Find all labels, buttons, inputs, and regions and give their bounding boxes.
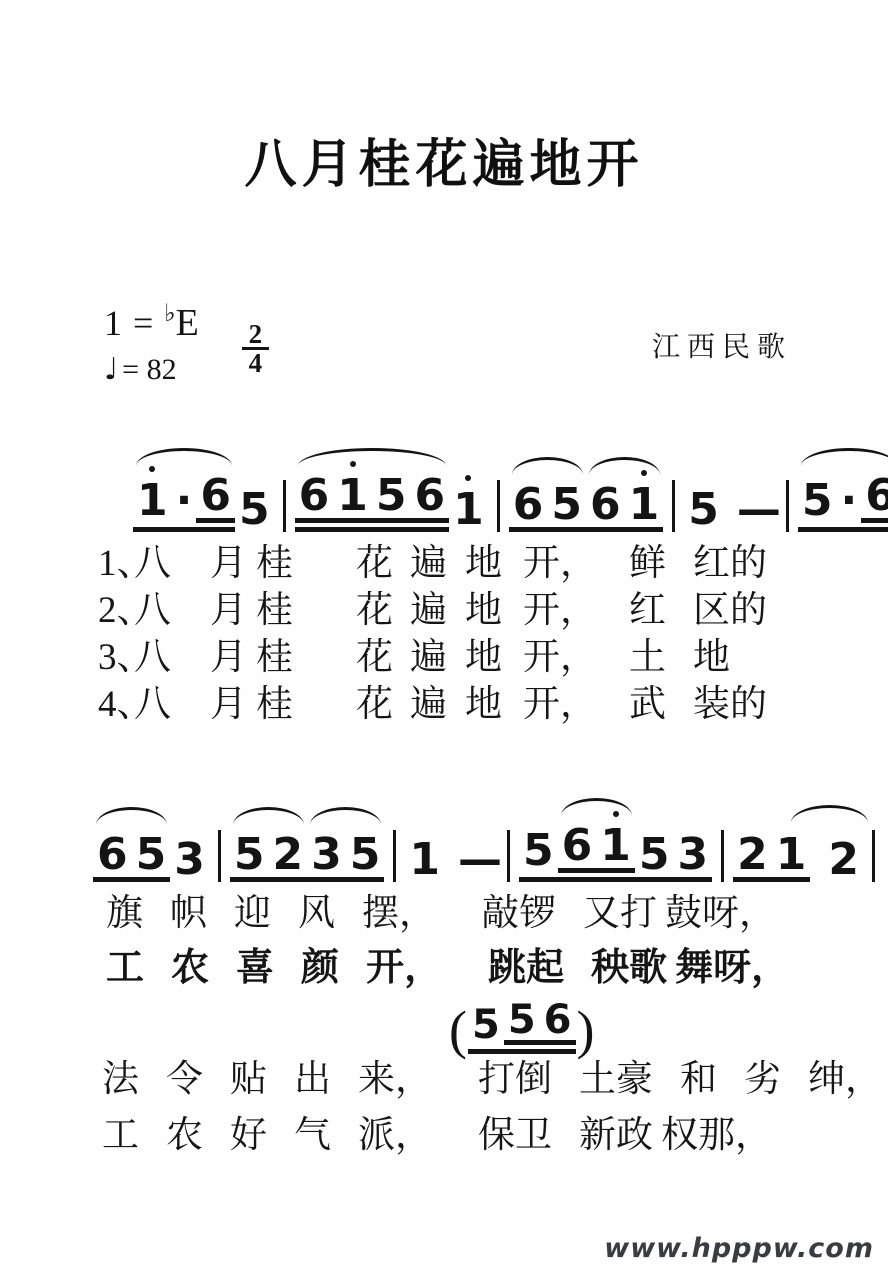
beam-group: 6 5 (509, 483, 586, 532)
slur-icon (310, 807, 381, 825)
verse-word: 八 (134, 683, 210, 730)
verse-word: 遍 (410, 683, 465, 730)
lyric-word: 贴 (230, 1058, 267, 1102)
note: 1 (133, 479, 172, 523)
lyric-word: 派， (358, 1114, 432, 1158)
open-paren: ( (448, 1008, 468, 1054)
close-paren: ) (576, 1008, 596, 1054)
refrain-line-4: 工 农 好 气 派， 保卫 新政 权那， (102, 1114, 772, 1158)
beam-group: 5 · 6 (798, 474, 888, 532)
refrain-line-1: 旗 帜 迎 风 摆， 敲锣 又打 鼓呀， (106, 892, 776, 936)
measure: 5 — (675, 456, 786, 532)
note: 6 (295, 474, 334, 518)
lyric-word: 农 (166, 1114, 203, 1158)
slur-icon (136, 448, 232, 466)
note: 6 (410, 474, 449, 518)
verse-word: 月 (210, 636, 256, 683)
beam-group: 2 1 (733, 833, 810, 882)
verse-word: 桂 (256, 542, 356, 589)
note: 5 (547, 483, 586, 527)
lyric-word: 敲锣 (482, 892, 556, 936)
measure: 5 2 3 5 (221, 801, 394, 882)
slur-icon (791, 805, 868, 823)
lyric-word: 和 (680, 1058, 717, 1102)
note: 5 (230, 833, 269, 877)
slur-icon (233, 807, 304, 825)
slur-icon (801, 448, 888, 466)
lyric-word: 帜 (170, 892, 207, 936)
lyric-word: 法 (102, 1058, 139, 1102)
note: 1 (596, 824, 635, 868)
time-signature: 2 4 (242, 323, 269, 374)
refrain-line-2: 工 农 喜 颜 开， 跳起 秧歌 舞呀， (106, 946, 789, 992)
note: 1 (405, 838, 444, 882)
note: 2 (824, 838, 863, 882)
note: 6 (586, 483, 625, 527)
lyric-word: 新政 (579, 1114, 653, 1158)
note: 5 (346, 833, 385, 877)
beam-subgroup: 5 6 (504, 1000, 576, 1045)
lyric-word: 农 (171, 946, 209, 992)
key-equals: = (133, 303, 155, 343)
verse-word: 地 (465, 542, 523, 589)
verse-word: 花 (356, 683, 410, 730)
note: 6 (196, 474, 235, 518)
verse-word: 遍 (410, 589, 465, 636)
quarter-note-icon: ♩ (104, 352, 118, 387)
note: 2 (733, 833, 772, 877)
lyric-word: 风 (298, 892, 335, 936)
verse-number: 3、 (98, 636, 134, 683)
note: 5 (635, 833, 674, 877)
instrumental-insert-556: ( 5 5 6 ) (448, 1000, 596, 1054)
lyric-word: 颜 (301, 946, 339, 992)
beam-group: 1 · 6 (133, 474, 235, 532)
lyric-word: 土豪 (579, 1058, 653, 1102)
lyric-word: 又打 (583, 892, 657, 936)
lyric-word: 鼓呀， (665, 892, 776, 936)
verse-word: 桂 (256, 589, 356, 636)
refrain-line-3: 法 令 贴 出 来， 打倒 土豪 和 劣 绅， (102, 1058, 882, 1102)
slur-icon (589, 457, 660, 475)
beam-group: 6 1 (586, 483, 663, 532)
measure: 1 · 6 5 (124, 442, 283, 532)
verse-word: 红的 (693, 542, 767, 589)
verse-word: 地 (465, 636, 523, 683)
note: 1 (449, 488, 488, 532)
page-title: 八月桂花遍地开 (0, 122, 888, 197)
note: 5 (798, 479, 837, 523)
lyric-word: 迎 (234, 892, 271, 936)
verse-word: 武 (629, 683, 693, 730)
note: 6 (540, 1000, 576, 1040)
measure: 6 5 3 (84, 801, 218, 882)
verse-word: 八 (134, 589, 210, 636)
measure: 2 1 2 (724, 801, 872, 882)
note: 5 (684, 488, 723, 532)
lyric-word: 喜 (236, 946, 274, 992)
note: 2 (269, 833, 308, 877)
note: 6 (558, 824, 597, 868)
measure: 6 5 6 1 (500, 451, 673, 532)
beam-subgroup: 6 1 (558, 824, 635, 873)
verse-word: 月 (210, 683, 256, 730)
note: 1 (333, 474, 372, 518)
verse-number: 1、 (98, 542, 134, 589)
note: 3 (674, 833, 713, 877)
verse-word: 花 (356, 589, 410, 636)
note: 1 (625, 483, 664, 527)
time-numerator: 2 (249, 323, 263, 345)
verse-word: 地 (465, 589, 523, 636)
dot-of-note: · (836, 479, 861, 523)
lyric-word: 旗 (106, 892, 143, 936)
lyric-word: 劣 (744, 1058, 781, 1102)
measure: 5 6 1 5 3 (510, 792, 721, 882)
barline-icon (872, 830, 875, 882)
flat-icon: ♭ (164, 301, 175, 327)
lyric-word: 令 (166, 1058, 203, 1102)
tempo-value: = 82 (122, 353, 176, 386)
verse-word: 地 (693, 636, 767, 683)
verse-word: 遍 (410, 542, 465, 589)
verse-number: 2、 (98, 589, 134, 636)
verse-word: 花 (356, 542, 410, 589)
lyric-word: 保卫 (478, 1114, 552, 1158)
beam-group: 3 5 (307, 833, 384, 882)
key-tonic: 1 (104, 303, 124, 343)
note: 1 (772, 833, 811, 877)
verse-word: 地 (465, 683, 523, 730)
watermark-url: www.hpppw.com (604, 1233, 874, 1264)
lyric-word: 出 (294, 1058, 331, 1102)
lyric-word: 来， (358, 1058, 432, 1102)
verse-word: 花 (356, 636, 410, 683)
verse-word: 鲜 (629, 542, 693, 589)
measure: 6 1 5 6 1 (286, 442, 497, 532)
beam-group: 5 3 (635, 833, 712, 882)
slur-icon (96, 807, 167, 825)
lyric-word: 绅， (808, 1058, 882, 1102)
note: 5 (235, 488, 274, 532)
verse-word: 遍 (410, 636, 465, 683)
verse-word: 开， (523, 683, 629, 730)
lyric-word: 跳起 (488, 946, 564, 992)
verse-lyrics-block: 1、 八 月 桂 花 遍 地 开， 鲜 红的 2、 八 月 桂 花 遍 地 开，… (98, 542, 767, 730)
verse-word: 八 (134, 542, 210, 589)
notation-line-2: 6 5 3 5 2 3 5 1 — 5 (84, 792, 875, 882)
beam-subgroup: 6 1 5 6 (295, 474, 450, 523)
beam-group: 5 5 6 (468, 1000, 576, 1054)
lyric-word: 权那， (661, 1114, 772, 1158)
note: 3 (170, 838, 209, 882)
lyric-word: 秧歌 (591, 946, 667, 992)
verse-word: 月 (210, 589, 256, 636)
verse-word: 桂 (256, 683, 356, 730)
note: 5 (519, 829, 558, 873)
beam-group: 5 2 (230, 833, 307, 882)
song-source: 江西民歌 (652, 334, 792, 362)
lyric-word: 舞呀， (675, 946, 789, 992)
lyric-word: 工 (106, 946, 144, 992)
lyric-word: 开， (366, 946, 442, 992)
beam-subgroup: 6 (861, 474, 888, 523)
lyric-word: 气 (294, 1114, 331, 1158)
slur-icon (561, 798, 632, 816)
beam-group: 5 6 1 (519, 824, 635, 882)
verse-word: 土 (629, 636, 693, 683)
note: 5 (372, 474, 411, 518)
lyric-word: 打倒 (478, 1058, 552, 1102)
verse-word: 开， (523, 636, 629, 683)
verse-word: 区的 (693, 589, 767, 636)
note: 5 (132, 833, 171, 877)
verse-word: 八 (134, 636, 210, 683)
note: 5 (504, 1000, 540, 1040)
verse-number: 4、 (98, 683, 134, 730)
time-denominator: 4 (249, 352, 263, 374)
measure: 5 · 6 1 2 (789, 442, 888, 532)
dash-extension: — (733, 488, 777, 532)
note: 5 (468, 1005, 504, 1045)
slur-icon (298, 448, 447, 466)
tempo-marking: ♩= 82 (104, 352, 177, 388)
verse-word: 月 (210, 542, 256, 589)
slur-icon (512, 457, 583, 475)
note: 6 (861, 474, 888, 518)
note: 3 (307, 833, 346, 877)
note: 6 (93, 833, 132, 877)
note: 6 (509, 483, 548, 527)
lyric-word: 工 (102, 1114, 139, 1158)
verse-word: 开， (523, 589, 629, 636)
notation-line-1: 1 · 6 5 6 1 5 6 1 (124, 442, 888, 532)
measure: 1 — (396, 806, 507, 882)
lyric-word: 好 (230, 1114, 267, 1158)
key-letter: E (176, 302, 199, 344)
beam-subgroup: 6 (196, 474, 235, 523)
dash-extension: — (454, 838, 498, 882)
lyric-word: 摆， (362, 892, 436, 936)
verse-word: 红 (629, 589, 693, 636)
verse-word: 装的 (693, 683, 767, 730)
dot-of-note: · (172, 479, 197, 523)
verse-word: 开， (523, 542, 629, 589)
sheet-music-page: 八月桂花遍地开 1 = ♭E 2 4 ♩= 82 江西民歌 1 · 6 5 (0, 0, 888, 1268)
beam-group: 6 5 (93, 833, 170, 882)
verse-word: 桂 (256, 636, 356, 683)
beam-group: 6 1 5 6 (295, 474, 450, 532)
